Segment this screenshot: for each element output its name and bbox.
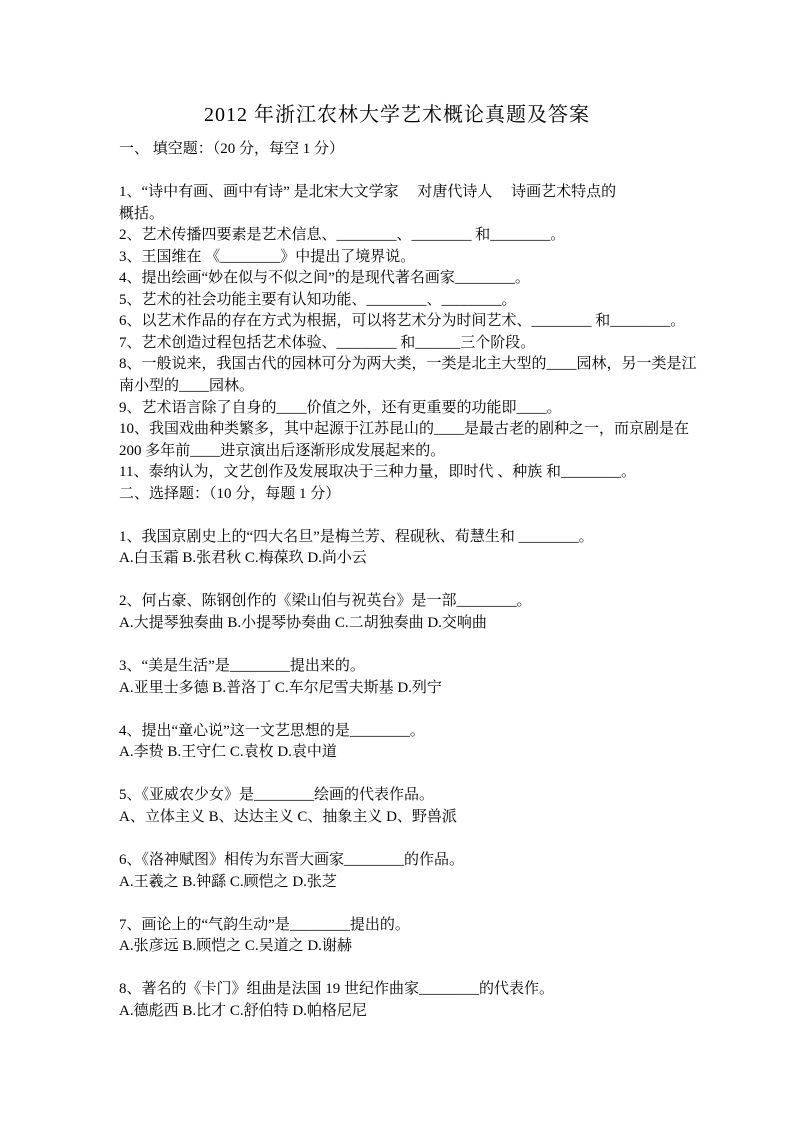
blank-line — [119, 161, 676, 183]
choice-q5-options: A、立体主义 B、达达主义 C、抽象主义 D、野兽派 — [119, 807, 676, 829]
fill-in-q4: 4、提出绘画“妙在似与不似之间”的是现代著名画家________。 — [119, 268, 676, 290]
blank-line — [119, 635, 676, 657]
blank-line — [119, 764, 676, 786]
choice-q4-options: A.李贽 B.王守仁 C.袁枚 D.袁中道 — [119, 742, 676, 764]
fill-in-q6: 6、以艺术作品的存在方式为根据，可以将艺术分为时间艺术、________ 和__… — [119, 311, 676, 333]
choice-q7-options: A.张彦远 B.顾恺之 C.吴道之 D.谢赫 — [119, 936, 676, 958]
blank-line — [119, 505, 676, 527]
blank-line — [119, 958, 676, 980]
fill-in-q2: 2、艺术传播四要素是艺术信息、________、________ 和______… — [119, 225, 676, 247]
section-multiple-choice-heading: 二、选择题：（10 分，每题 1 分） — [119, 484, 676, 506]
choice-q1-stem: 1、我国京剧史上的“四大名旦”是梅兰芳、程砚秋、荀慧生和 ________。 — [119, 527, 676, 549]
fill-in-q1-line-2: 概括。 — [119, 204, 676, 226]
choice-q7-stem: 7、画论上的“气韵生动”是________提出的。 — [119, 915, 676, 937]
blank-line — [119, 893, 676, 915]
choice-q8-options: A.德彪西 B.比才 C.舒伯特 D.帕格尼尼 — [119, 1001, 676, 1023]
fill-in-q1-line-1: 1、“诗中有画、画中有诗” 是北宋大文学家 对唐代诗人 诗画艺术特点的 — [119, 182, 676, 204]
blank-line — [119, 829, 676, 851]
blank-line — [119, 570, 676, 592]
document-title: 2012 年浙江农林大学艺术概论真题及答案 — [0, 0, 794, 129]
choice-q1-options: A.白玉霜 B.张君秋 C.梅葆玖 D.尚小云 — [119, 548, 676, 570]
choice-q2-stem: 2、何占豪、陈钢创作的《梁山伯与祝英台》是一部________。 — [119, 591, 676, 613]
section-fill-in-heading: 一、 填空题：（20 分，每空 1 分） — [119, 139, 676, 161]
fill-in-q11: 11、泰纳认为，文艺创作及发展取决于三种力量，即时代 、种族 和________… — [119, 462, 676, 484]
blank-line — [119, 699, 676, 721]
document-body: 一、 填空题：（20 分，每空 1 分） 1、“诗中有画、画中有诗” 是北宋大文… — [0, 129, 794, 1022]
choice-q6-stem: 6、《洛神赋图》相传为东晋大画家________的作品。 — [119, 850, 676, 872]
exam-document-page: 2012 年浙江农林大学艺术概论真题及答案 一、 填空题：（20 分，每空 1 … — [0, 0, 794, 1123]
choice-q6-options: A.王羲之 B.钟繇 C.顾恺之 D.张芝 — [119, 872, 676, 894]
fill-in-q10-line-2: 200 多年前____进京演出后逐渐形成发展起来的。 — [119, 441, 676, 463]
fill-in-q9: 9、艺术语言除了自身的____价值之外，还有更重要的功能即____。 — [119, 398, 676, 420]
fill-in-q8-line-1: 8、一般说来，我国古代的园林可分为两大类，一类是北主大型的____园林，另一类是… — [119, 354, 676, 376]
choice-q8-stem: 8、著名的《卡门》组曲是法国 19 世纪作曲家________的代表作。 — [119, 979, 676, 1001]
fill-in-q5: 5、艺术的社会功能主要有认知功能、________、________。 — [119, 290, 676, 312]
choice-q3-stem: 3、“美是生活”是________提出来的。 — [119, 656, 676, 678]
choice-q2-options: A.大提琴独奏曲 B.小提琴协奏曲 C.二胡独奏曲 D.交响曲 — [119, 613, 676, 635]
fill-in-q8-line-2: 南小型的____园林。 — [119, 376, 676, 398]
choice-q3-options: A.亚里士多德 B.普洛丁 C.车尔尼雪夫斯基 D.列宁 — [119, 678, 676, 700]
fill-in-q7: 7、艺术创造过程包括艺术体验、________ 和______三个阶段。 — [119, 333, 676, 355]
choice-q4-stem: 4、提出“童心说”这一文艺思想的是________。 — [119, 721, 676, 743]
fill-in-q10-line-1: 10、我国戏曲种类繁多，其中起源于江苏昆山的____是最古老的剧种之一，而京剧是… — [119, 419, 676, 441]
choice-q5-stem: 5、《亚威农少女》是________绘画的代表作品。 — [119, 785, 676, 807]
fill-in-q3: 3、王国维在 《________》中提出了境界说。 — [119, 247, 676, 269]
